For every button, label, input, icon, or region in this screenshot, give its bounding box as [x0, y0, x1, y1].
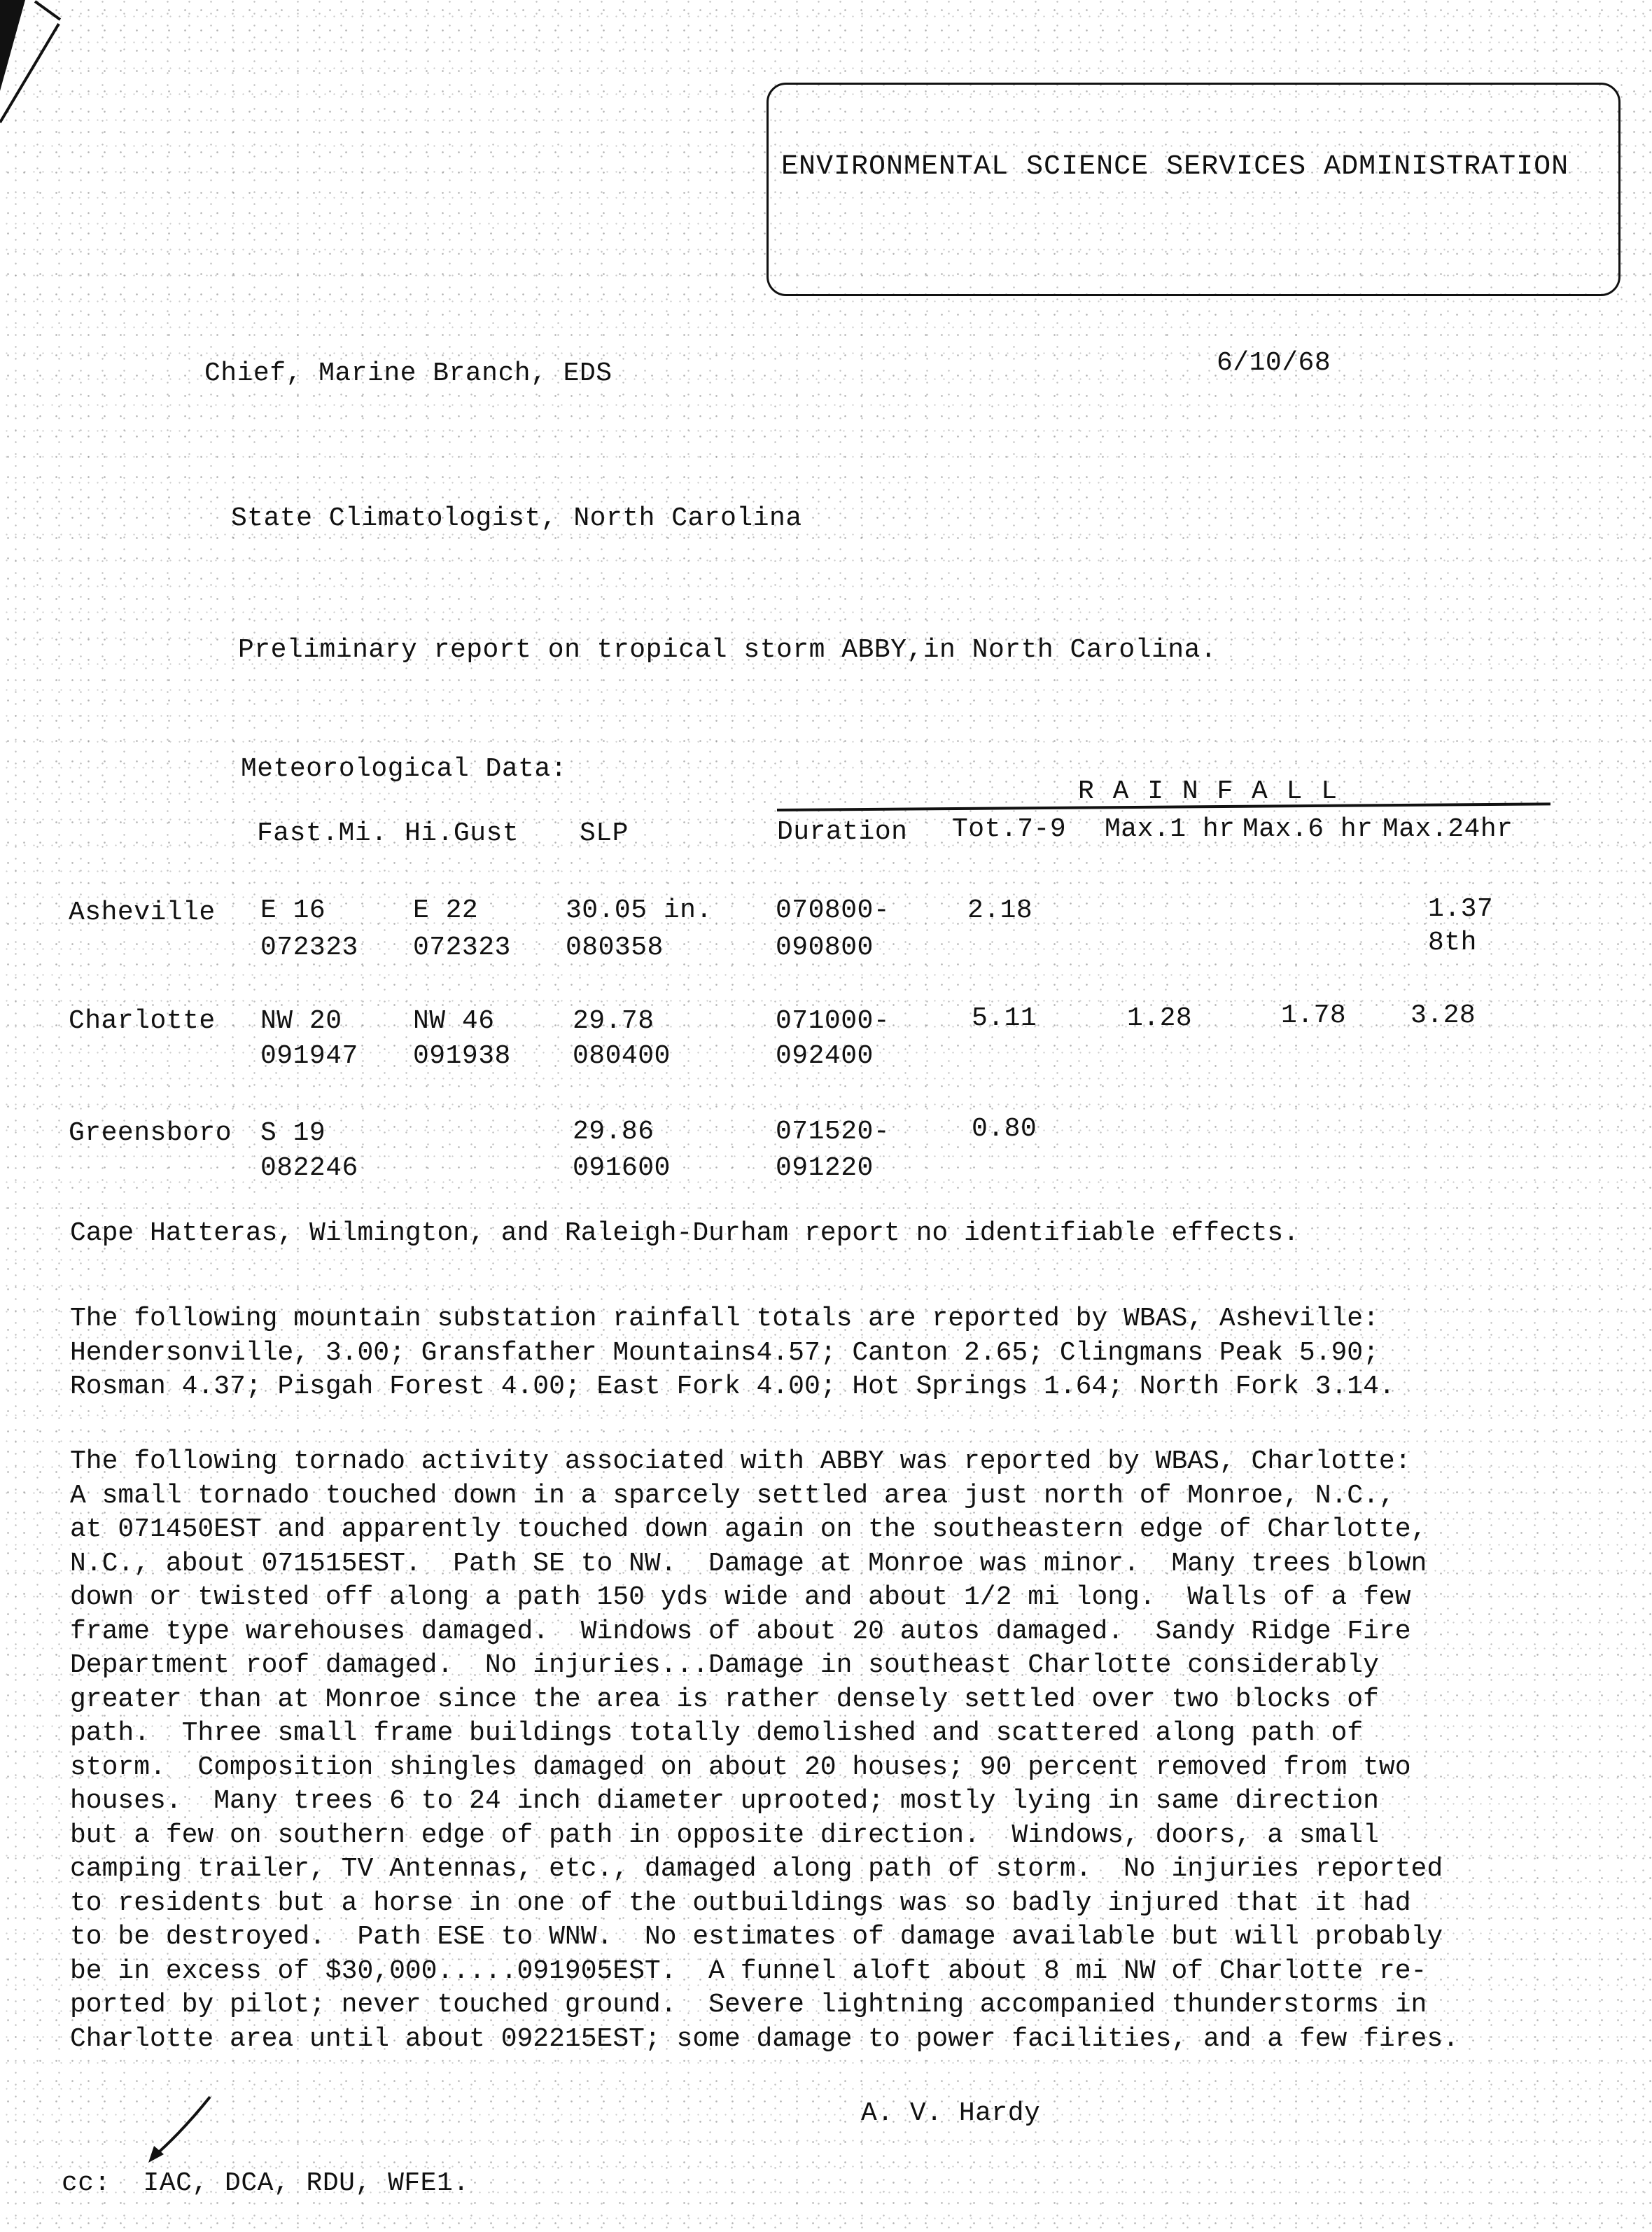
page-corner-fold-icon: [0, 0, 63, 126]
fast-mi-value: E 16: [260, 898, 325, 924]
hi-gust-time: 091938: [413, 1043, 511, 1070]
slp-value: 30.05 in.: [566, 898, 713, 924]
station-name: Charlotte: [69, 1008, 216, 1035]
memo-subject: Preliminary report on tropical storm ABB…: [238, 637, 1217, 664]
memo-date: 6/10/68: [1217, 350, 1331, 377]
handwritten-arrow-icon: [133, 2090, 217, 2167]
fast-mi-time: 091947: [260, 1043, 358, 1070]
total-rain: 5.11: [972, 1005, 1037, 1032]
duration-end: 091220: [776, 1155, 874, 1182]
no-effects-paragraph: Cape Hatteras, Wilmington, and Raleigh-D…: [70, 1217, 1610, 1251]
hi-gust-value: NW 46: [413, 1008, 495, 1035]
cc-list: cc: IAC, DCA, RDU, WFE1.: [62, 2170, 470, 2197]
slp-time: 091600: [573, 1155, 671, 1182]
col-hi-gust: Hi.Gust: [405, 821, 519, 847]
max-24hr-note: 8th: [1428, 930, 1477, 956]
max-1hr-value: 1.28: [1127, 1005, 1192, 1032]
slp-time: 080358: [566, 935, 664, 961]
station-name: Asheville: [69, 900, 216, 926]
memo-from: State Climatologist, North Carolina: [231, 505, 802, 532]
tornado-activity-paragraph: The following tornado activity associate…: [70, 1445, 1610, 2056]
memo-to: Chief, Marine Branch, EDS: [204, 361, 612, 387]
station-name: Greensboro: [69, 1120, 232, 1147]
col-max-6hr: Max.6 hr: [1242, 816, 1373, 843]
total-rain: 0.80: [972, 1116, 1037, 1143]
max-24hr-value: 1.37: [1428, 896, 1493, 923]
max-6hr-value: 1.78: [1281, 1003, 1346, 1029]
col-max-24hr: Max.24hr: [1382, 816, 1513, 843]
duration-start: 071000-: [776, 1008, 890, 1035]
fast-mi-value: NW 20: [260, 1008, 342, 1035]
fast-mi-value: S 19: [260, 1120, 325, 1147]
signature: A. V. Hardy: [861, 2100, 1040, 2127]
agency-letterhead-box: ENVIRONMENTAL SCIENCE SERVICES ADMINISTR…: [766, 83, 1620, 296]
col-slp: SLP: [580, 821, 629, 847]
slp-value: 29.86: [573, 1119, 654, 1145]
slp-time: 080400: [573, 1043, 671, 1070]
slp-value: 29.78: [573, 1008, 654, 1035]
total-rain: 2.18: [967, 898, 1032, 924]
max-24hr-value: 3.28: [1410, 1003, 1476, 1029]
hi-gust-time: 072323: [413, 935, 511, 961]
hi-gust-value: E 22: [413, 898, 478, 924]
col-duration: Duration: [777, 819, 907, 846]
duration-end: 092400: [776, 1043, 874, 1070]
rainfall-header: R A I N F A L L: [1078, 779, 1338, 805]
met-data-label: Meteorological Data:: [241, 756, 567, 783]
col-fast-mi: Fast.Mi.: [257, 821, 387, 847]
substation-rainfall-paragraph: The following mountain substation rainfa…: [70, 1302, 1610, 1404]
col-max-1hr: Max.1 hr: [1105, 816, 1235, 843]
agency-name: ENVIRONMENTAL SCIENCE SERVICES ADMINISTR…: [781, 151, 1569, 183]
duration-start: 070800-: [776, 898, 890, 924]
fast-mi-time: 082246: [260, 1155, 358, 1182]
fast-mi-time: 072323: [260, 935, 358, 961]
duration-start: 071520-: [776, 1119, 890, 1145]
duration-end: 090800: [776, 935, 874, 961]
col-tot-7-9: Tot.7-9: [952, 816, 1066, 843]
